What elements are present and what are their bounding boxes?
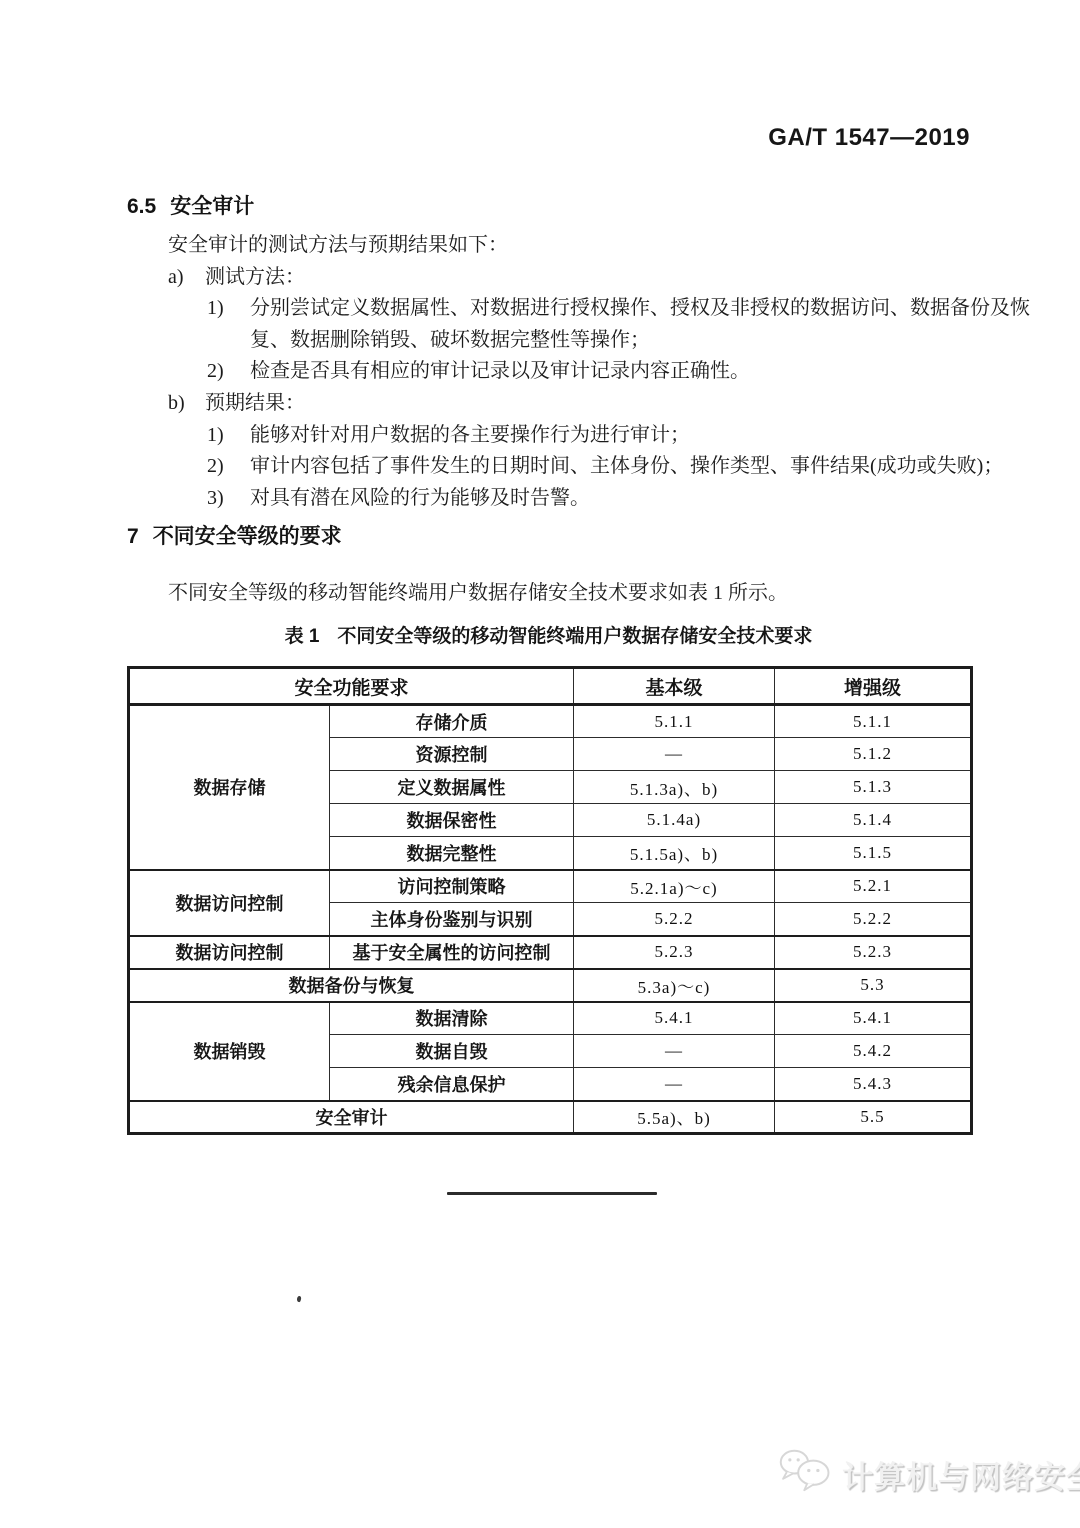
list-marker: 1) (207, 420, 224, 452)
enhanced-level-cell: 5.2.3 (775, 936, 972, 969)
list-item-label: 测试方法： (205, 266, 305, 288)
item-cell: 定义数据属性 (330, 771, 574, 804)
header-requirement: 安全功能要求 (129, 668, 574, 705)
table-row: 数据销毁 数据清除 5.4.1 5.4.1 (129, 1002, 972, 1035)
table-row: 数据访问控制 访问控制策略 5.2.1a)～c) 5.2.1 (129, 870, 972, 903)
wechat-chat-bubbles-icon (776, 1447, 834, 1502)
item-cell: 主体身份鉴别与识别 (330, 903, 574, 936)
table-caption: 表 1不同安全等级的移动智能终端用户数据存储安全技术要求 (127, 621, 970, 648)
list-marker: 1) (207, 293, 224, 325)
table-row: 数据存储 存储介质 5.1.1 5.1.1 (129, 705, 972, 738)
enhanced-level-cell: 5.4.1 (775, 1002, 972, 1035)
basic-level-cell: 5.1.1 (574, 705, 775, 738)
basic-level-cell: 5.4.1 (574, 1002, 775, 1035)
item-cell: 数据清除 (330, 1002, 574, 1035)
basic-level-cell: 5.2.3 (574, 936, 775, 969)
item-cell: 访问控制策略 (330, 870, 574, 903)
table-row: 数据备份与恢复 5.3a)～c) 5.3 (129, 969, 972, 1002)
list-item-b: b) 预期结果： (168, 388, 1038, 420)
enhanced-level-cell: 5.1.4 (775, 804, 972, 837)
category-cell: 数据访问控制 (129, 936, 330, 969)
table-caption-title: 不同安全等级的移动智能终端用户数据存储安全技术要求 (337, 626, 812, 647)
table-header-row: 安全功能要求 基本级 增强级 (129, 668, 972, 705)
basic-level-cell: 5.3a)～c) (574, 969, 775, 1002)
list-item-a: a) 测试方法： (168, 262, 1038, 294)
list-item-text: 能够对针对用户数据的各主要操作行为进行审计； (250, 424, 690, 446)
item-cell: 资源控制 (330, 738, 574, 771)
category-cell: 数据销毁 (129, 1002, 330, 1101)
enhanced-level-cell: 5.1.1 (775, 705, 972, 738)
list-item-text: 对具有潜在风险的行为能够及时告警。 (250, 487, 590, 509)
list-item-b-1: 1) 能够对针对用户数据的各主要操作行为进行审计； (168, 420, 1038, 452)
header-basic-level: 基本级 (574, 668, 775, 705)
item-cell: 数据保密性 (330, 804, 574, 837)
basic-level-cell: 5.5a)、b) (574, 1101, 775, 1134)
item-cell: 数据完整性 (330, 837, 574, 870)
enhanced-level-cell: 5.1.3 (775, 771, 972, 804)
section-number: 7 (127, 525, 139, 548)
scan-speck (296, 1296, 301, 1303)
category-cell: 数据访问控制 (129, 870, 330, 936)
basic-level-cell: 5.1.4a) (574, 804, 775, 837)
list-item-text: 检查是否具有相应的审计记录以及审计记录内容正确性。 (250, 360, 750, 382)
table-caption-label: 表 1 (285, 626, 320, 647)
list-item-b-3: 3) 对具有潜在风险的行为能够及时告警。 (168, 483, 1038, 515)
basic-level-cell: — (574, 738, 775, 771)
enhanced-level-cell: 5.2.1 (775, 870, 972, 903)
section-6-5-heading: 6.5安全审计 (127, 190, 254, 220)
watermark-text: 计算机与网络安全 (842, 1452, 1080, 1497)
list-marker: 2) (207, 356, 224, 388)
list-item-label: 预期结果： (205, 392, 305, 414)
item-cell: 残余信息保护 (330, 1068, 574, 1101)
section-title: 安全审计 (170, 195, 254, 218)
basic-level-cell: 5.1.3a)、b) (574, 771, 775, 804)
list-item-a-1: 1) 分别尝试定义数据属性、对数据进行授权操作、授权及非授权的数据访问、数据备份… (168, 293, 1038, 356)
basic-level-cell: — (574, 1035, 775, 1068)
table-row: 数据访问控制 基于安全属性的访问控制 5.2.3 5.2.3 (129, 936, 972, 969)
item-cell: 数据备份与恢复 (129, 969, 574, 1002)
list-item-b-2: 2) 审计内容包括了事件发生的日期时间、主体身份、操作类型、事件结果(成功或失败… (168, 451, 1038, 483)
section-7-intro: 不同安全等级的移动智能终端用户数据存储安全技术要求如表 1 所示。 (168, 576, 788, 605)
enhanced-level-cell: 5.4.2 (775, 1035, 972, 1068)
list-marker: 3) (207, 483, 224, 515)
list-marker: b) (168, 388, 185, 420)
enhanced-level-cell: 5.3 (775, 969, 972, 1002)
list-marker: 2) (207, 451, 224, 483)
end-divider (447, 1192, 657, 1195)
item-cell: 存储介质 (330, 705, 574, 738)
doc-number: GA/T 1547—2019 (0, 124, 970, 152)
intro-paragraph: 安全审计的测试方法与预期结果如下： (168, 230, 1038, 262)
basic-level-cell: 5.2.2 (574, 903, 775, 936)
item-cell: 数据自毁 (330, 1035, 574, 1068)
requirements-table: 安全功能要求 基本级 增强级 数据存储 存储介质 5.1.1 5.1.1 资源控… (127, 666, 973, 1135)
section-number: 6.5 (127, 195, 156, 218)
enhanced-level-cell: 5.1.5 (775, 837, 972, 870)
document-page: GA/T 1547—2019 6.5安全审计 安全审计的测试方法与预期结果如下：… (0, 0, 1080, 1528)
enhanced-level-cell: 5.5 (775, 1101, 972, 1134)
list-item-text: 审计内容包括了事件发生的日期时间、主体身份、操作类型、事件结果(成功或失败)； (250, 455, 1003, 477)
header-enhanced-level: 增强级 (775, 668, 972, 705)
enhanced-level-cell: 5.1.2 (775, 738, 972, 771)
section-6-5-body: 安全审计的测试方法与预期结果如下： a) 测试方法： 1) 分别尝试定义数据属性… (168, 230, 1038, 514)
table-row: 安全审计 5.5a)、b) 5.5 (129, 1101, 972, 1134)
item-cell: 安全审计 (129, 1101, 574, 1134)
item-cell: 基于安全属性的访问控制 (330, 936, 574, 969)
category-cell: 数据存储 (129, 705, 330, 870)
basic-level-cell: — (574, 1068, 775, 1101)
list-item-text: 分别尝试定义数据属性、对数据进行授权操作、授权及非授权的数据访问、数据备份及恢复… (250, 297, 1030, 351)
enhanced-level-cell: 5.4.3 (775, 1068, 972, 1101)
list-marker: a) (168, 262, 184, 294)
section-7-heading: 7不同安全等级的要求 (127, 520, 342, 550)
watermark: 计算机与网络安全 (776, 1447, 1080, 1502)
list-item-a-2: 2) 检查是否具有相应的审计记录以及审计记录内容正确性。 (168, 356, 1038, 388)
basic-level-cell: 5.2.1a)～c) (574, 870, 775, 903)
enhanced-level-cell: 5.2.2 (775, 903, 972, 936)
section-title: 不同安全等级的要求 (153, 525, 342, 548)
basic-level-cell: 5.1.5a)、b) (574, 837, 775, 870)
